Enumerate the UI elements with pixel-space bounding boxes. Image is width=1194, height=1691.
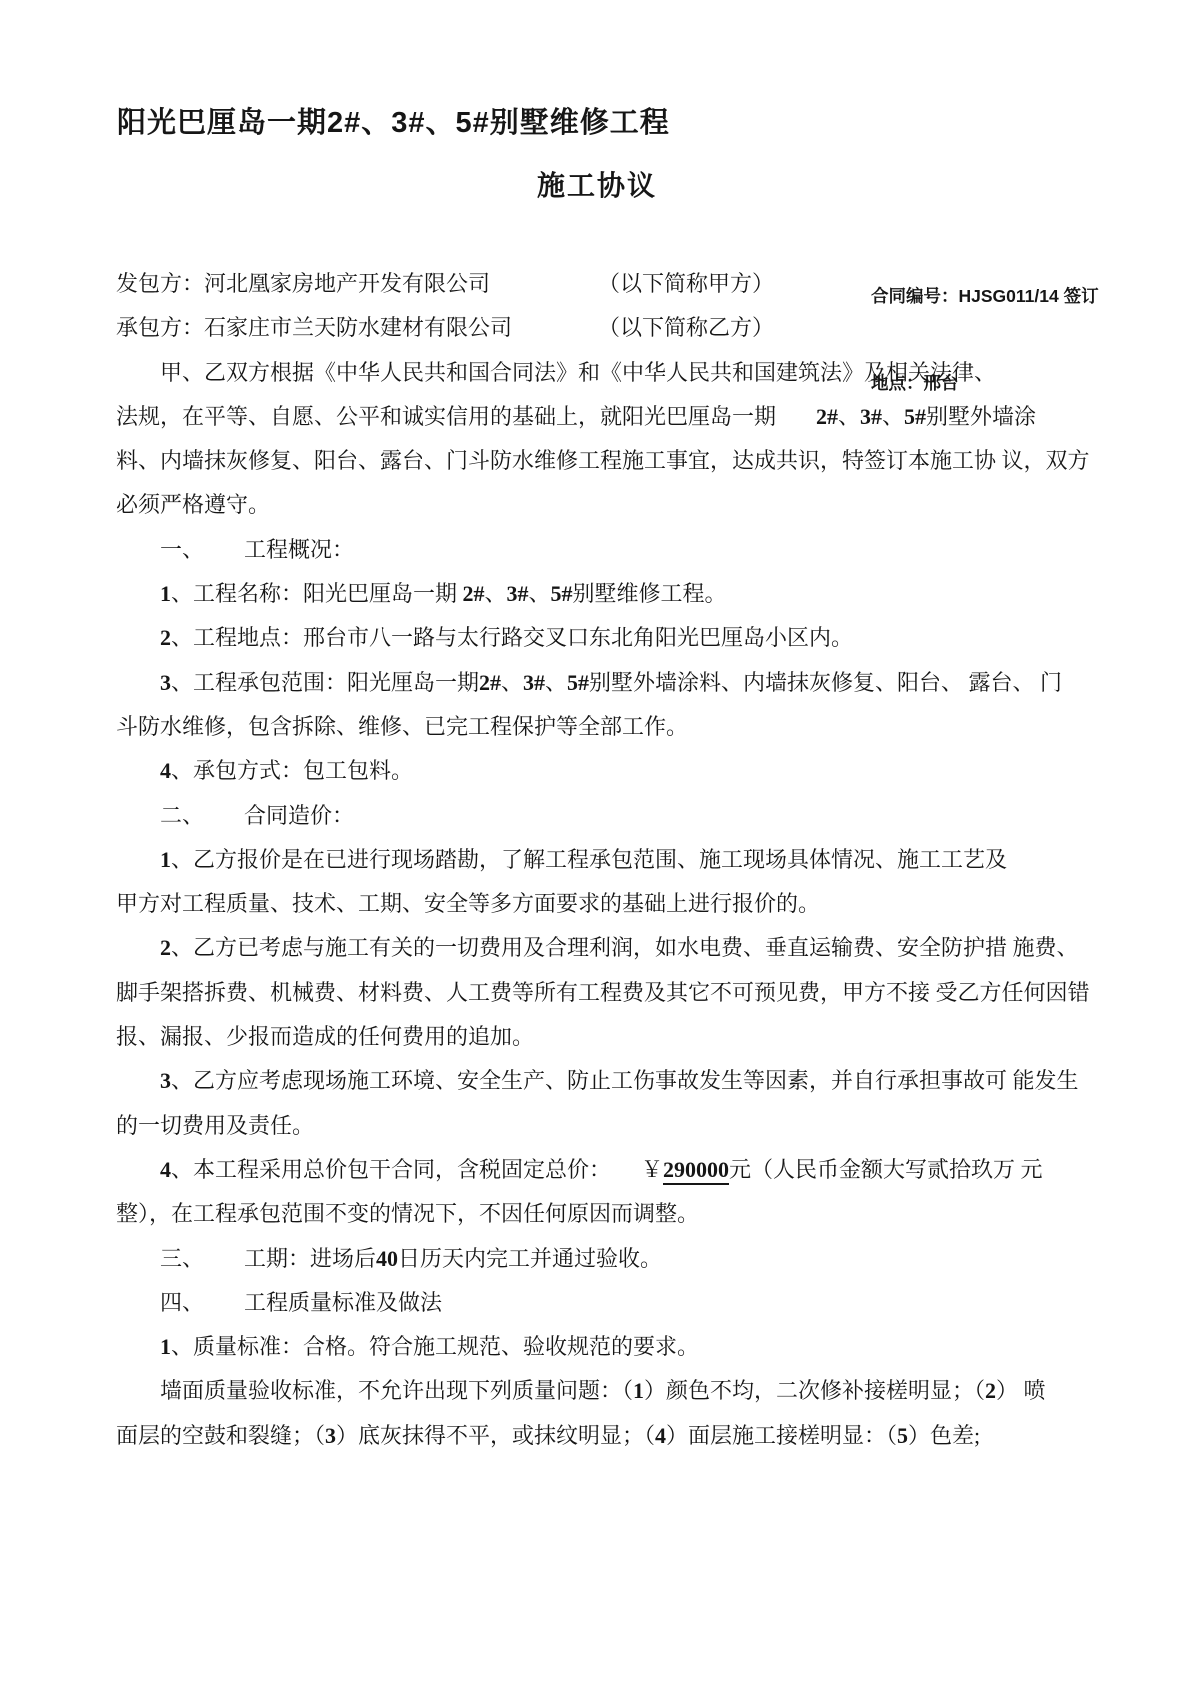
text-segment: ）色差; [908,1423,980,1448]
text-segment: 二、 [160,803,204,828]
party-owner-line: 发包方：河北凰家房地产开发有限公司（以下简称甲方） [116,262,1186,306]
text-segment: 5# [551,581,573,606]
text-segment: 3 [160,1068,171,1093]
gap-spacer [204,1309,244,1310]
text-segment: 3 [160,670,171,695]
text-segment: 、工程地点：邢台市八一路与太行路交叉口东北角阳光巴厘岛小区内。 [171,625,853,650]
doc-line: 脚手架搭拆费、机械费、材料费、人工费等所有工程费及其它不可预见费，甲方不接 受乙… [116,971,1186,1015]
text-segment: 三、 [160,1246,204,1271]
text-segment: 290000 [663,1157,729,1185]
text-segment: 、 [485,581,507,606]
text-segment: 、本工程采用总价包干合同，含税固定总价： [171,1157,611,1182]
text-segment: 、 [529,581,551,606]
text-segment: ）颜色不均，二次修补接槎明显；（ [644,1378,985,1403]
doc-line: 整），在工程承包范围不变的情况下，不因任何原因而调整。 [116,1192,1186,1236]
doc-line: 4、本工程采用总价包干合同，含税固定总价：￥290000元（人民币金额大写贰拾玖… [116,1148,1186,1192]
text-segment: 别墅外墙涂料、内墙抹灰修复、阳台、 露台、 门 [589,670,1062,695]
text-segment: 1 [160,847,171,872]
text-segment: 、工程承包范围：阳光厘岛一期 [171,670,479,695]
doc-line: 法规，在平等、自愿、公平和诚实信用的基础上，就阳光巴厘岛一期2#、3#、5#别墅… [116,395,1186,439]
text-segment: 甲方对工程质量、技术、工期、安全等多方面要求的基础上进行报价的。 [116,891,820,916]
text-segment: 5# [904,404,926,429]
text-segment: 2 [160,625,171,650]
text-segment: 40 [376,1246,398,1271]
gap-spacer [776,423,816,424]
doc-line: 报、漏报、少报而造成的任何费用的追加。 [116,1015,1186,1059]
doc-line: 斗防水维修，包含拆除、维修、已完工程保护等全部工作。 [116,705,1186,749]
text-segment: 4 [160,758,171,783]
text-segment: 、承包方式：包工包料。 [171,758,413,783]
text-segment: ￥ [641,1157,663,1182]
doc-line: 面层的空鼓和裂缝；（3）底灰抹得不平，或抹纹明显；（4）面层施工接槎明显：（5）… [116,1414,1186,1458]
doc-line: 必须严格遵守。 [116,483,1186,527]
party-contractor: 承包方：石家庄市兰天防水建材有限公司 [116,315,512,340]
text-segment: 报、漏报、少报而造成的任何费用的追加。 [116,1024,534,1049]
doc-line: 3、工程承包范围：阳光厘岛一期2#、3#、5#别墅外墙涂料、内墙抹灰修复、阳台、… [116,661,1186,705]
text-segment: 脚手架搭拆费、机械费、材料费、人工费等所有工程费及其它不可预见费，甲方不接 受乙… [116,980,1090,1005]
text-segment: 、 [882,404,904,429]
text-segment: 料、内墙抹灰修复、阳台、露台、门斗防水维修工程施工事宜，达成共识，特签订本施工协… [116,448,1090,473]
text-segment: 、 [838,404,860,429]
text-segment: 日历天内完工并通过验收。 [398,1246,662,1271]
text-segment: 3 [325,1423,336,1448]
document-body: 发包方：河北凰家房地产开发有限公司（以下简称甲方） 承包方：石家庄市兰天防水建材… [116,262,1186,1458]
text-segment: 4 [655,1423,666,1448]
doc-line: 3、乙方应考虑现场施工环境、安全生产、防止工伤事故发生等因素，并自行承担事故可 … [116,1059,1186,1103]
text-segment: 甲、乙双方根据《中华人民共和国合同法》和《中华人民共和国建筑法》及相关法律、 [160,360,996,385]
text-segment: 2# [479,670,501,695]
text-segment: 、乙方已考虑与施工有关的一切费用及合理利润，如水电费、垂直运输费、安全防护措 施… [171,935,1079,960]
doc-line: 的一切费用及责任。 [116,1104,1186,1148]
text-segment: 、 [545,670,567,695]
text-segment: 工期：进场后 [244,1246,376,1271]
text-segment: 工程概况： [244,537,354,562]
text-segment: 、质量标准：合格。符合施工规范、验收规范的要求。 [171,1334,699,1359]
text-segment: 1 [160,1334,171,1359]
doc-line: 1、工程名称：阳光巴厘岛一期 2#、3#、5#别墅维修工程。 [116,572,1186,616]
text-segment: 5 [897,1423,908,1448]
doc-line: 1、质量标准：合格。符合施工规范、验收规范的要求。 [116,1325,1186,1369]
doc-line: 二、合同造价： [116,794,1186,838]
text-segment: 墙面质量验收标准，不允许出现下列质量问题：（ [160,1378,633,1403]
document-subtitle: 施工协议 [0,168,1194,203]
text-segment: ） 喷 [996,1378,1046,1403]
doc-line: 三、工期：进场后40日历天内完工并通过验收。 [116,1237,1186,1281]
text-segment: 2 [985,1378,996,1403]
gap-spacer [204,556,244,557]
doc-line: 4、承包方式：包工包料。 [116,749,1186,793]
doc-line: 一、工程概况： [116,528,1186,572]
text-segment: 、 [501,670,523,695]
text-segment: 5# [567,670,589,695]
doc-line: 甲、乙双方根据《中华人民共和国合同法》和《中华人民共和国建筑法》及相关法律、 [116,351,1186,395]
doc-line: 2、乙方已考虑与施工有关的一切费用及合理利润，如水电费、垂直运输费、安全防护措 … [116,926,1186,970]
text-segment: ）底灰抹得不平，或抹纹明显；（ [336,1423,655,1448]
gap-spacer [204,822,244,823]
doc-line: 四、工程质量标准及做法 [116,1281,1186,1325]
doc-line: 1、乙方报价是在已进行现场踏勘，了解工程承包范围、施工现场具体情况、施工工艺及 [116,838,1186,882]
text-segment: 四、 [160,1290,204,1315]
text-segment: 3# [860,404,882,429]
text-segment: 3# [523,670,545,695]
text-segment: 合同造价： [244,803,354,828]
doc-line: 料、内墙抹灰修复、阳台、露台、门斗防水维修工程施工事宜，达成共识，特签订本施工协… [116,439,1186,483]
party-contractor-alias: （以下简称乙方） [598,306,774,350]
doc-line: 甲方对工程质量、技术、工期、安全等多方面要求的基础上进行报价的。 [116,882,1186,926]
party-owner-alias: （以下简称甲方） [598,262,774,306]
text-segment: 必须严格遵守。 [116,492,270,517]
document-page: 阳光巴厘岛一期2#、3#、5#别墅维修工程 施工协议 合同编号：HJSG011/… [0,0,1194,1691]
text-segment: 、乙方应考虑现场施工环境、安全生产、防止工伤事故发生等因素，并自行承担事故可 能… [171,1068,1079,1093]
doc-line: 墙面质量验收标准，不允许出现下列质量问题：（1）颜色不均，二次修补接槎明显；（2… [116,1369,1186,1413]
party-owner: 发包方：河北凰家房地产开发有限公司 [116,271,490,296]
text-segment: 元（人民币金额大写贰拾玖万 元 [729,1157,1043,1182]
text-segment: 、乙方报价是在已进行现场踏勘，了解工程承包范围、施工现场具体情况、施工工艺及 [171,847,1007,872]
text-segment: 2 [160,935,171,960]
text-segment: 2# [463,581,485,606]
text-segment: 面层的空鼓和裂缝；（ [116,1423,325,1448]
text-segment: 1 [633,1378,644,1403]
text-segment: 法规，在平等、自愿、公平和诚实信用的基础上，就阳光巴厘岛一期 [116,404,776,429]
text-segment: 一、 [160,537,204,562]
text-segment: 斗防水维修，包含拆除、维修、已完工程保护等全部工作。 [116,714,688,739]
text-segment: ）面层施工接槎明显：（ [666,1423,897,1448]
text-segment: 别墅维修工程。 [573,581,727,606]
gap-spacer [611,1176,641,1177]
text-segment: 3# [507,581,529,606]
document-title: 阳光巴厘岛一期2#、3#、5#别墅维修工程 [117,106,670,141]
text-segment: 整），在工程承包范围不变的情况下，不因任何原因而调整。 [116,1201,699,1226]
text-segment: 工程质量标准及做法 [244,1290,442,1315]
text-segment: 2# [816,404,838,429]
text-segment: 4 [160,1157,171,1182]
doc-line: 2、工程地点：邢台市八一路与太行路交叉口东北角阳光巴厘岛小区内。 [116,616,1186,660]
gap-spacer [204,1265,244,1266]
text-segment: 别墅外墙涂 [926,404,1036,429]
party-contractor-line: 承包方：石家庄市兰天防水建材有限公司（以下简称乙方） [116,306,1186,350]
text-segment: 、工程名称：阳光巴厘岛一期 [171,581,463,606]
text-segment: 1 [160,581,171,606]
text-segment: 的一切费用及责任。 [116,1113,314,1138]
